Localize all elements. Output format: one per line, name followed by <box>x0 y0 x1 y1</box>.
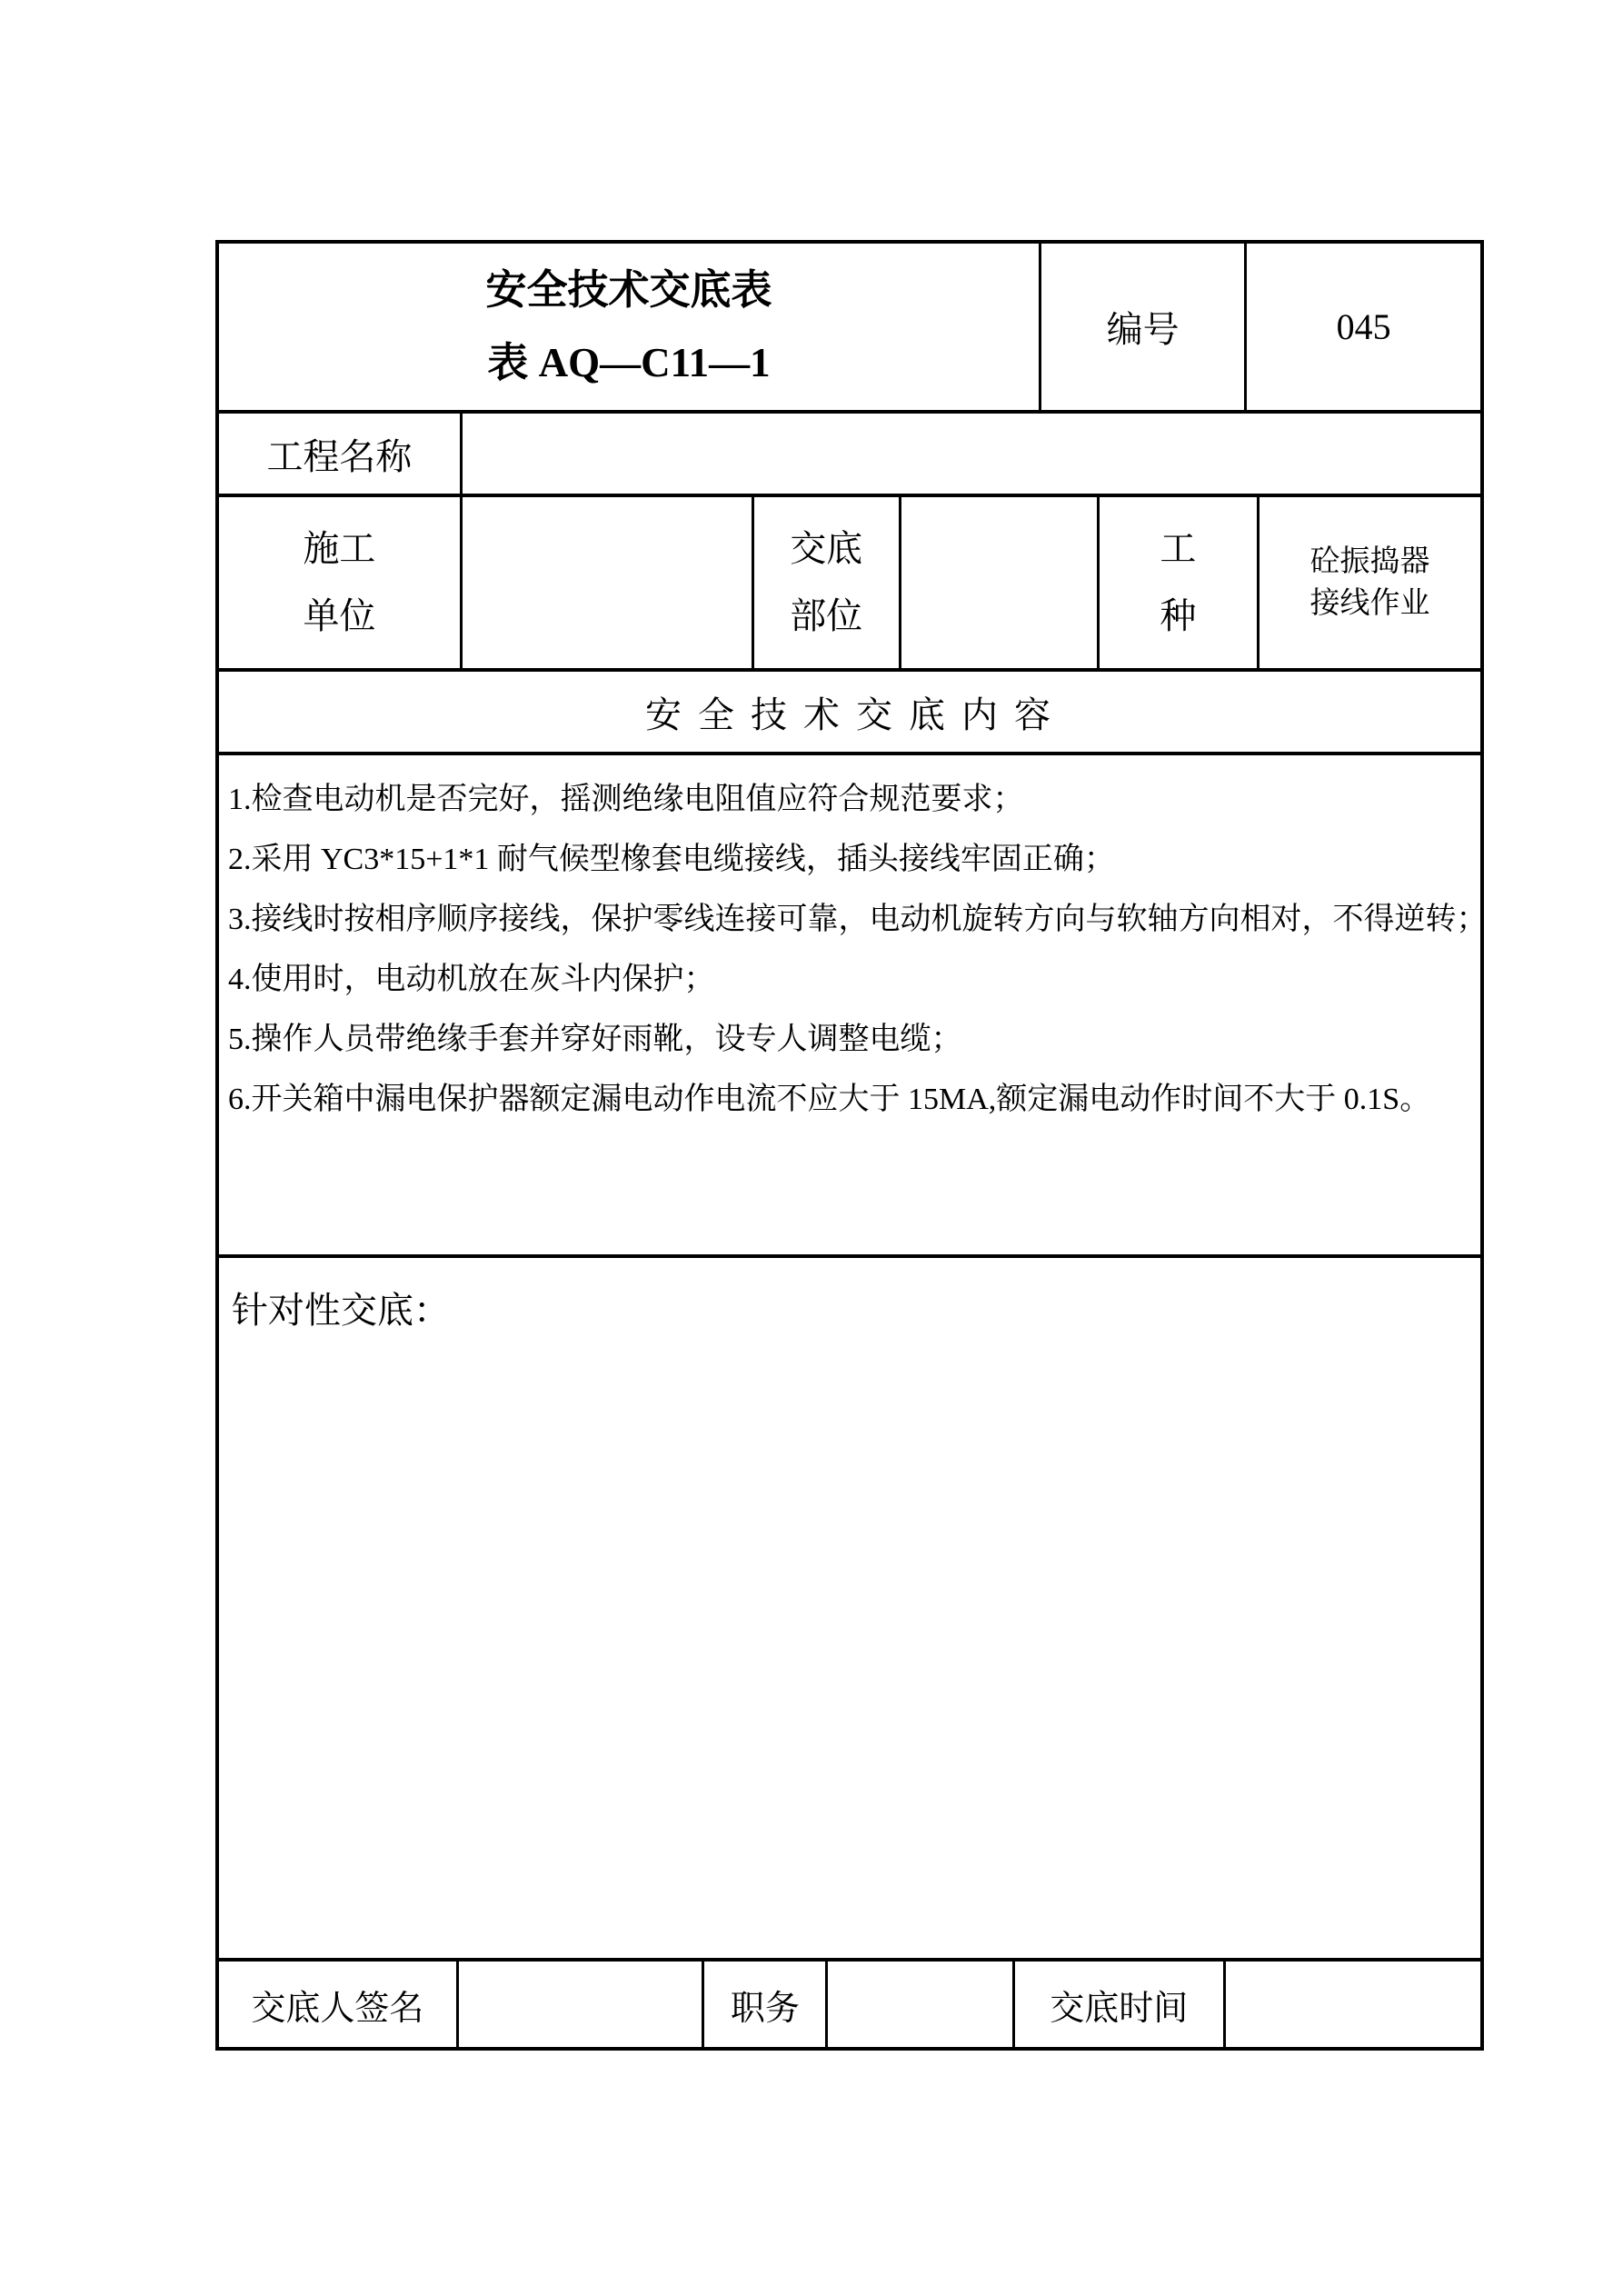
project-name-field[interactable] <box>463 414 1480 494</box>
form-title-line1: 安全技术交底表 <box>485 268 772 314</box>
signature-row: 交底人签名 职务 交底时间 <box>219 1962 1480 2047</box>
construction-unit-label: 施工 单位 <box>219 497 463 668</box>
content-body: 1.检查电动机是否完好，摇测绝缘电阻值应符合规范要求； 2.采用 YC3*15+… <box>219 755 1480 1254</box>
construction-unit-field[interactable] <box>463 497 754 668</box>
targeted-disclosure-row: 针对性交底： <box>219 1258 1480 1962</box>
content-header-row: 安 全 技 术 交 底 内 容 <box>219 672 1480 755</box>
time-label: 交底时间 <box>1015 1962 1226 2047</box>
content-item-2: 2.采用 YC3*15+1*1 耐气候型橡套电缆接线，插头接线牢固正确； <box>228 830 1468 890</box>
content-item-5: 5.操作人员带绝缘手套并穿好雨靴，设专人调整电缆； <box>228 1010 1468 1070</box>
content-item-3: 3.接线时按相序顺序接线，保护零线连接可靠，电动机旋转方向与软轴方向相对，不得逆… <box>228 890 1468 950</box>
position-field[interactable] <box>828 1962 1014 2047</box>
content-item-6: 6.开关箱中漏电保护器额定漏电动作电流不应大于 15MA,额定漏电动作时间不大于… <box>228 1070 1468 1130</box>
work-type-value: 砼振捣器 接线作业 <box>1260 497 1480 668</box>
work-type-label-line2: 种 <box>1160 596 1196 636</box>
disclosure-part-label: 交底 部位 <box>754 497 901 668</box>
content-item-1: 1.检查电动机是否完好，摇测绝缘电阻值应符合规范要求； <box>228 770 1468 830</box>
work-type-value-line1: 砼振捣器 <box>1310 541 1430 583</box>
safety-disclosure-form: 安全技术交底表 表 AQ—C11—1 编号 045 工程名称 施工 单位 交底 … <box>215 240 1484 2051</box>
time-field[interactable] <box>1226 1962 1480 2047</box>
work-type-label: 工 种 <box>1100 497 1260 668</box>
unit-part-worktype-row: 施工 单位 交底 部位 工 种 砼振捣器 接线作业 <box>219 497 1480 672</box>
document-page: 安全技术交底表 表 AQ—C11—1 编号 045 工程名称 施工 单位 交底 … <box>0 0 1623 2296</box>
work-type-value-line2: 接线作业 <box>1310 583 1430 624</box>
form-title: 安全技术交底表 表 AQ—C11—1 <box>219 244 1041 410</box>
work-type-label-line1: 工 <box>1160 529 1196 569</box>
disclosure-part-label-line1: 交底 <box>790 529 862 569</box>
number-label: 编号 <box>1041 244 1247 410</box>
signer-field[interactable] <box>459 1962 705 2047</box>
form-title-line2: 表 AQ—C11—1 <box>487 341 770 386</box>
content-row: 1.检查电动机是否完好，摇测绝缘电阻值应符合规范要求； 2.采用 YC3*15+… <box>219 755 1480 1258</box>
construction-unit-label-line1: 施工 <box>303 529 375 569</box>
position-label: 职务 <box>704 1962 828 2047</box>
disclosure-part-label-line2: 部位 <box>790 596 862 636</box>
project-name-label: 工程名称 <box>219 414 463 494</box>
content-item-4: 4.使用时，电动机放在灰斗内保护； <box>228 950 1468 1010</box>
construction-unit-label-line2: 单位 <box>303 596 375 636</box>
signer-label: 交底人签名 <box>219 1962 459 2047</box>
targeted-disclosure-field[interactable]: 针对性交底： <box>219 1258 1480 1958</box>
targeted-disclosure-label: 针对性交底： <box>232 1290 450 1331</box>
disclosure-part-field[interactable] <box>901 497 1100 668</box>
number-value: 045 <box>1247 244 1480 410</box>
project-name-row: 工程名称 <box>219 414 1480 497</box>
content-header: 安 全 技 术 交 底 内 容 <box>219 672 1480 752</box>
header-row: 安全技术交底表 表 AQ—C11—1 编号 045 <box>219 244 1480 414</box>
